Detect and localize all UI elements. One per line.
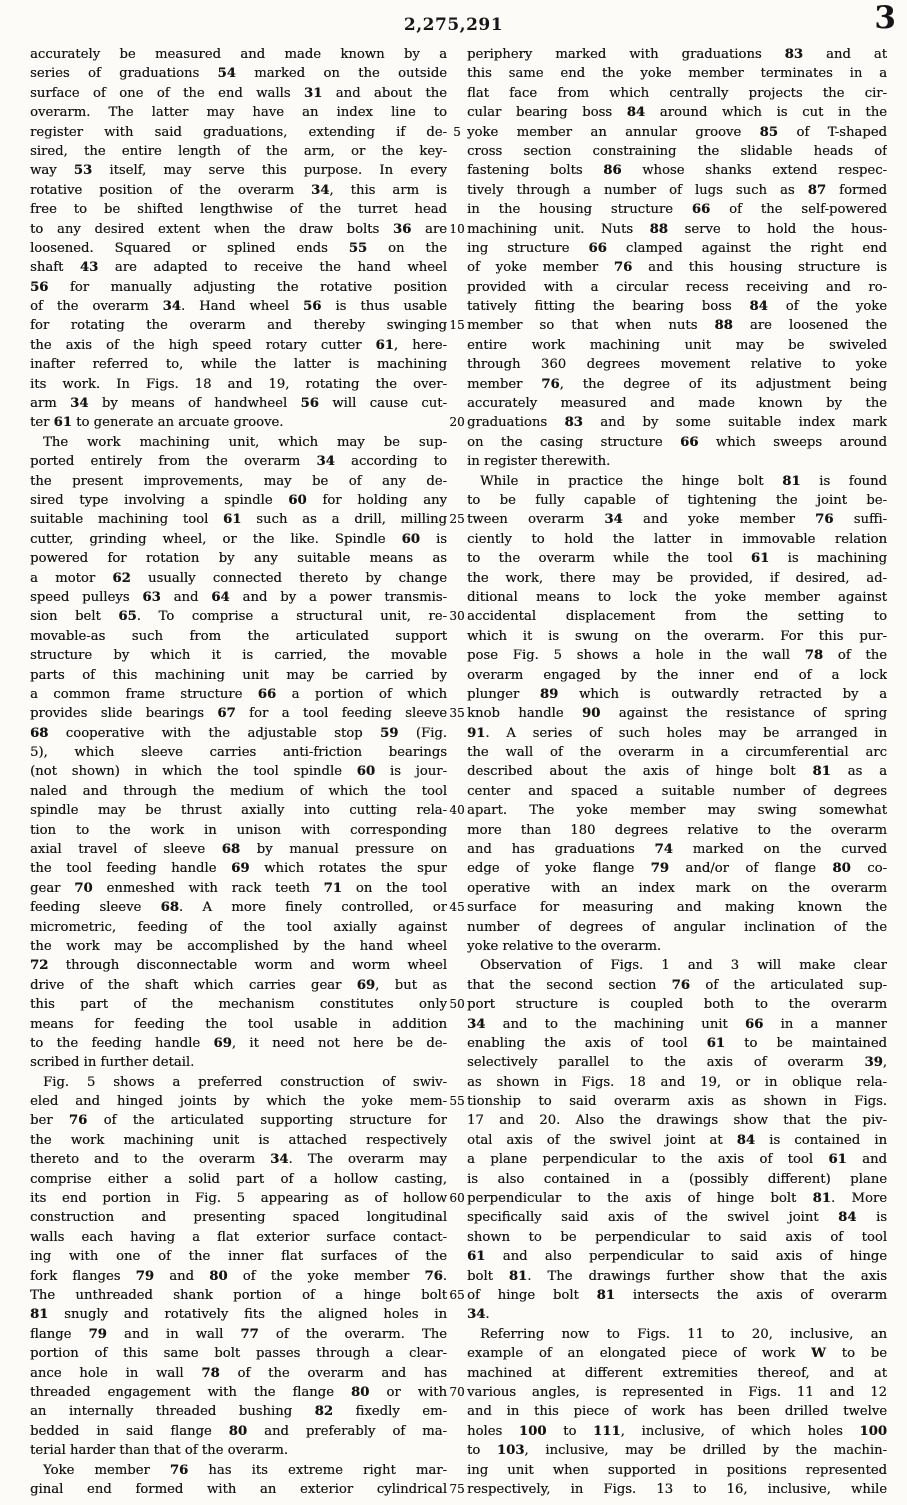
line-number-spacer <box>447 1131 467 1150</box>
text-line: an internally threaded bushing 82 fixedl… <box>30 1402 447 1421</box>
text-line: 34. <box>467 1305 887 1324</box>
text-line: center and spaced a suitable number of d… <box>467 782 887 801</box>
text-line: way 53 itself, may serve this purpose. I… <box>30 161 447 180</box>
text-line: of yoke member 76 and this housing struc… <box>467 258 887 277</box>
line-number-spacer <box>447 336 467 355</box>
line-number-spacer <box>447 918 467 937</box>
line-number-spacer <box>447 433 467 452</box>
text-line: loosened. Squared or splined ends 55 on … <box>30 239 447 258</box>
patent-number: 2,275,291 <box>0 15 907 35</box>
text-line: Fig. 5 shows a preferred construction of… <box>30 1073 447 1092</box>
text-line: ported entirely from the overarm 34 acco… <box>30 452 447 471</box>
line-number-spacer <box>447 1073 467 1092</box>
text-line: suitable machining tool 61 such as a dri… <box>30 510 447 529</box>
line-number-spacer <box>447 45 467 64</box>
line-number-spacer <box>447 1267 467 1286</box>
text-line: the tool feeding handle 69 which rotates… <box>30 859 447 878</box>
right-column: periphery marked with graduations 83 and… <box>467 45 887 1499</box>
text-line: (not shown) in which the tool spindle 60… <box>30 762 447 781</box>
text-line: member so that when nuts 88 are loosened… <box>467 316 887 335</box>
text-line: as shown in Figs. 18 and 19, or in obliq… <box>467 1073 887 1092</box>
text-line: the work may be accomplished by the hand… <box>30 937 447 956</box>
text-line: to the feeding handle 69, it need not he… <box>30 1034 447 1053</box>
text-line: port structure is coupled both to the ov… <box>467 995 887 1014</box>
text-line: thereto and to the overarm 34. The overa… <box>30 1150 447 1169</box>
text-line: flat face from which centrally projects … <box>467 84 887 103</box>
text-line: structure by which it is carried, the mo… <box>30 646 447 665</box>
line-number: 50 <box>447 995 467 1014</box>
text-line: micrometric, feeding of the tool axially… <box>30 918 447 937</box>
page-body: accurately be measured and made known by… <box>30 45 887 1499</box>
line-number: 55 <box>447 1092 467 1111</box>
text-line: powered for rotation by any suitable mea… <box>30 549 447 568</box>
line-number-spacer <box>447 1034 467 1053</box>
text-line: its end portion in Fig. 5 appearing as o… <box>30 1189 447 1208</box>
text-line: Observation of Figs. 1 and 3 will make c… <box>467 956 887 975</box>
line-number-spacer <box>447 685 467 704</box>
text-line: comprise either a solid part of a hollow… <box>30 1170 447 1189</box>
text-line: this part of the mechanism constitutes o… <box>30 995 447 1014</box>
text-line: 17 and 20. Also the drawings show that t… <box>467 1111 887 1130</box>
text-line: more than 180 degrees relative to the ov… <box>467 821 887 840</box>
text-line: inafter referred to, while the latter is… <box>30 355 447 374</box>
line-number: 20 <box>447 413 467 432</box>
text-line: construction and presenting spaced longi… <box>30 1208 447 1227</box>
text-line: its work. In Figs. 18 and 19, rotating t… <box>30 375 447 394</box>
text-line: the present improvements, may be of any … <box>30 472 447 491</box>
text-line: movable-as such from the articulated sup… <box>30 627 447 646</box>
text-line: overarm engaged by the inner end of a lo… <box>467 666 887 685</box>
text-line: to be fully capable of tightening the jo… <box>467 491 887 510</box>
line-number-spacer <box>447 1441 467 1460</box>
line-number-spacer <box>447 879 467 898</box>
text-line: the axis of the high speed rotary cutter… <box>30 336 447 355</box>
text-line: to 103, inclusive, may be drilled by the… <box>467 1441 887 1460</box>
line-number-spacer <box>447 1422 467 1441</box>
line-number-spacer <box>447 491 467 510</box>
text-line: holes 100 to 111, inclusive, of which ho… <box>467 1422 887 1441</box>
text-line: yoke relative to the overarm. <box>467 937 887 956</box>
text-line: tion to the work in unison with correspo… <box>30 821 447 840</box>
text-line: machined at different extremities thereo… <box>467 1364 887 1383</box>
text-line: yoke member an annular groove 85 of T-sh… <box>467 123 887 142</box>
text-line: a plane perpendicular to the axis of too… <box>467 1150 887 1169</box>
text-line: described about the axis of hinge bolt 8… <box>467 762 887 781</box>
text-line: specifically said axis of the swivel joi… <box>467 1208 887 1227</box>
text-line: pose Fig. 5 shows a hole in the wall 78 … <box>467 646 887 665</box>
text-line: sired type involving a spindle 60 for ho… <box>30 491 447 510</box>
line-number-spacer <box>447 297 467 316</box>
text-line: periphery marked with graduations 83 and… <box>467 45 887 64</box>
line-number: 40 <box>447 801 467 820</box>
text-line: threaded engagement with the flange 80 o… <box>30 1383 447 1402</box>
text-line: 68 cooperative with the adjustable stop … <box>30 724 447 743</box>
text-line: for rotating the overarm and thereby swi… <box>30 316 447 335</box>
text-line: feeding sleeve 68. A more finely control… <box>30 898 447 917</box>
line-number-spacer <box>447 976 467 995</box>
line-number-spacer <box>447 142 467 161</box>
text-line: overarm. The latter may have an index li… <box>30 103 447 122</box>
line-number-spacer <box>447 859 467 878</box>
text-line: shaft 43 are adapted to receive the hand… <box>30 258 447 277</box>
text-line: sired, the entire length of the arm, or … <box>30 142 447 161</box>
text-line: 56 for manually adjusting the rotative p… <box>30 278 447 297</box>
text-line: to the overarm while the tool 61 is mach… <box>467 549 887 568</box>
text-line: ditional means to lock the yoke member a… <box>467 588 887 607</box>
text-line: cular bearing boss 84 around which is cu… <box>467 103 887 122</box>
text-line: and has graduations 74 marked on the cur… <box>467 840 887 859</box>
line-number-spacer <box>447 181 467 200</box>
text-line: ing unit when supported in positions rep… <box>467 1461 887 1480</box>
text-line: gear 70 enmeshed with rack teeth 71 on t… <box>30 879 447 898</box>
line-number: 15 <box>447 316 467 335</box>
text-line: bolt 81. The drawings further show that … <box>467 1267 887 1286</box>
text-line: fastening bolts 86 whose shanks extend r… <box>467 161 887 180</box>
text-line: ance hole in wall 78 of the overarm and … <box>30 1364 447 1383</box>
line-number-spacer <box>447 782 467 801</box>
line-number-spacer <box>447 937 467 956</box>
line-number-spacer <box>447 549 467 568</box>
line-number: 75 <box>447 1480 467 1499</box>
text-line: fork flanges 79 and 80 of the yoke membe… <box>30 1267 447 1286</box>
line-number-spacer <box>447 355 467 374</box>
line-number-spacer <box>447 569 467 588</box>
line-number-spacer <box>447 103 467 122</box>
line-number: 70 <box>447 1383 467 1402</box>
text-line: that the second section 76 of the articu… <box>467 976 887 995</box>
line-number-spacer <box>447 452 467 471</box>
text-line: otal axis of the swivel joint at 84 is c… <box>467 1131 887 1150</box>
text-line: speed pulleys 63 and 64 and by a power t… <box>30 588 447 607</box>
line-number: 25 <box>447 510 467 529</box>
line-number-spacer <box>447 762 467 781</box>
line-number-spacer <box>447 588 467 607</box>
text-line: The unthreaded shank portion of a hinge … <box>30 1286 447 1305</box>
text-line: ginal end formed with an exterior cylind… <box>30 1480 447 1499</box>
text-line: accurately be measured and made known by… <box>30 45 447 64</box>
text-line: axial travel of sleeve 68 by manual pres… <box>30 840 447 859</box>
line-number: 45 <box>447 898 467 917</box>
text-line: eled and hinged joints by which the yoke… <box>30 1092 447 1111</box>
text-line: surface for measuring and making known t… <box>467 898 887 917</box>
line-number-spacer <box>447 1015 467 1034</box>
text-line: Yoke member 76 has its extreme right mar… <box>30 1461 447 1480</box>
text-line: ing with one of the inner flat surfaces … <box>30 1247 447 1266</box>
text-line: the wall of the overarm in a circumferen… <box>467 743 887 762</box>
line-number: 5 <box>447 123 467 142</box>
text-line: 34 and to the machining unit 66 in a man… <box>467 1015 887 1034</box>
line-number-spacer <box>447 1305 467 1324</box>
text-line: accurately measured and made known by th… <box>467 394 887 413</box>
text-line: 61 and also perpendicular to said axis o… <box>467 1247 887 1266</box>
line-number-spacer <box>447 1325 467 1344</box>
text-line: in register therewith. <box>467 452 887 471</box>
line-number-spacer <box>447 1461 467 1480</box>
line-number-spacer <box>447 84 467 103</box>
text-line: drive of the shaft which carries gear 69… <box>30 976 447 995</box>
line-number-spacer <box>447 394 467 413</box>
text-line: The work machining unit, which may be su… <box>30 433 447 452</box>
text-line: ber 76 of the articulated supporting str… <box>30 1111 447 1130</box>
line-number-spacer <box>447 743 467 762</box>
text-line: the work machining unit is attached resp… <box>30 1131 447 1150</box>
text-line: While in practice the hinge bolt 81 is f… <box>467 472 887 491</box>
line-number-gutter: 51015202530354045505560657075 <box>447 45 467 1499</box>
line-number-spacer <box>447 375 467 394</box>
text-line: naled and through the medium of which th… <box>30 782 447 801</box>
text-line: plunger 89 which is outwardly retracted … <box>467 685 887 704</box>
text-line: cross section constraining the slidable … <box>467 142 887 161</box>
text-line: this same end the yoke member terminates… <box>467 64 887 83</box>
text-line: sion belt 65. To comprise a structural u… <box>30 607 447 626</box>
line-number-spacer <box>447 956 467 975</box>
text-line: edge of yoke flange 79 and/or of flange … <box>467 859 887 878</box>
text-line: provides slide bearings 67 for a tool fe… <box>30 704 447 723</box>
text-line: 91. A series of such holes may be arrang… <box>467 724 887 743</box>
text-line: flange 79 and in wall 77 of the overarm.… <box>30 1325 447 1344</box>
text-line: graduations 83 and by some suitable inde… <box>467 413 887 432</box>
line-number-spacer <box>447 1111 467 1130</box>
line-number-spacer <box>447 530 467 549</box>
line-number: 65 <box>447 1286 467 1305</box>
line-number-spacer <box>447 1208 467 1227</box>
text-line: machining unit. Nuts 88 serve to hold th… <box>467 220 887 239</box>
text-line: walls each having a flat exterior surfac… <box>30 1228 447 1247</box>
text-line: through 360 degrees movement relative to… <box>467 355 887 374</box>
text-line: arm 34 by means of handwheel 56 will cau… <box>30 394 447 413</box>
text-line: operative with an index mark on the over… <box>467 879 887 898</box>
line-number-spacer <box>447 161 467 180</box>
text-line: parts of this machining unit may be carr… <box>30 666 447 685</box>
text-line: of hinge bolt 81 intersects the axis of … <box>467 1286 887 1305</box>
text-line: 72 through disconnectable worm and worm … <box>30 956 447 975</box>
page-number: 3 <box>874 0 896 36</box>
line-number-spacer <box>447 1053 467 1072</box>
text-line: shown to be perpendicular to said axis o… <box>467 1228 887 1247</box>
text-line: the work, there may be provided, if desi… <box>467 569 887 588</box>
line-number-spacer <box>447 840 467 859</box>
text-line: 81 snugly and rotatively fits the aligne… <box>30 1305 447 1324</box>
line-number: 10 <box>447 220 467 239</box>
text-line: tatively fitting the bearing boss 84 of … <box>467 297 887 316</box>
line-number-spacer <box>447 64 467 83</box>
text-line: register with said graduations, extendin… <box>30 123 447 142</box>
line-number-spacer <box>447 258 467 277</box>
text-line: terial harder than that of the overarm. <box>30 1441 447 1460</box>
line-number-spacer <box>447 278 467 297</box>
line-number: 30 <box>447 607 467 626</box>
text-line: to any desired extent when the draw bolt… <box>30 220 447 239</box>
line-number-spacer <box>447 1247 467 1266</box>
text-line: on the casing structure 66 which sweeps … <box>467 433 887 452</box>
line-number-spacer <box>447 1344 467 1363</box>
text-line: example of an elongated piece of work W … <box>467 1344 887 1363</box>
text-line: tively through a number of lugs such as … <box>467 181 887 200</box>
text-line: rotative position of the overarm 34, thi… <box>30 181 447 200</box>
text-line: bedded in said flange 80 and preferably … <box>30 1422 447 1441</box>
line-number: 60 <box>447 1189 467 1208</box>
line-number-spacer <box>447 1364 467 1383</box>
left-column: accurately be measured and made known by… <box>30 45 447 1499</box>
text-line: cutter, grinding wheel, or the like. Spi… <box>30 530 447 549</box>
text-line: scribed in further detail. <box>30 1053 447 1072</box>
line-number-spacer <box>447 239 467 258</box>
line-number: 35 <box>447 704 467 723</box>
text-line: series of graduations 54 marked on the o… <box>30 64 447 83</box>
text-line: selectively parallel to the axis of over… <box>467 1053 887 1072</box>
line-number-spacer <box>447 200 467 219</box>
text-line: spindle may be thrust axially into cutti… <box>30 801 447 820</box>
text-line: tionship to said overarm axis as shown i… <box>467 1092 887 1111</box>
line-number-spacer <box>447 724 467 743</box>
text-line: and in this piece of work has been drill… <box>467 1402 887 1421</box>
text-line: accidental displacement from the setting… <box>467 607 887 626</box>
line-number-spacer <box>447 646 467 665</box>
text-line: enabling the axis of tool 61 to be maint… <box>467 1034 887 1053</box>
text-line: which it is swung on the overarm. For th… <box>467 627 887 646</box>
text-line: perpendicular to the axis of hinge bolt … <box>467 1189 887 1208</box>
line-number-spacer <box>447 1150 467 1169</box>
text-line: ciently to hold the latter in immovable … <box>467 530 887 549</box>
line-number-spacer <box>447 1402 467 1421</box>
text-line: a motor 62 usually connected thereto by … <box>30 569 447 588</box>
text-line: provided with a circular recess receivin… <box>467 278 887 297</box>
text-line: a common frame structure 66 a portion of… <box>30 685 447 704</box>
text-line: knob handle 90 against the resistance of… <box>467 704 887 723</box>
text-line: portion of this same bolt passes through… <box>30 1344 447 1363</box>
line-number-spacer <box>447 821 467 840</box>
line-number-spacer <box>447 1228 467 1247</box>
text-line: free to be shifted lengthwise of the tur… <box>30 200 447 219</box>
text-line: is also contained in a (possibly differe… <box>467 1170 887 1189</box>
text-line: Referring now to Figs. 11 to 20, inclusi… <box>467 1325 887 1344</box>
text-line: of the overarm 34. Hand wheel 56 is thus… <box>30 297 447 316</box>
text-line: ter 61 to generate an arcuate groove. <box>30 413 447 432</box>
line-number-spacer <box>447 472 467 491</box>
text-line: various angles, is represented in Figs. … <box>467 1383 887 1402</box>
patent-page: 2,275,291 3 accurately be measured and m… <box>0 0 907 1505</box>
text-line: means for feeding the tool usable in add… <box>30 1015 447 1034</box>
text-line: respectively, in Figs. 13 to 16, inclusi… <box>467 1480 887 1499</box>
text-line: tween overarm 34 and yoke member 76 suff… <box>467 510 887 529</box>
text-line: entire work machining unit may be swivel… <box>467 336 887 355</box>
text-line: 5), which sleeve carries anti-friction b… <box>30 743 447 762</box>
text-line: in the housing structure 66 of the self-… <box>467 200 887 219</box>
text-line: surface of one of the end walls 31 and a… <box>30 84 447 103</box>
text-line: member 76, the degree of its adjustment … <box>467 375 887 394</box>
line-number-spacer <box>447 627 467 646</box>
line-number-spacer <box>447 1170 467 1189</box>
text-line: ing structure 66 clamped against the rig… <box>467 239 887 258</box>
text-line: apart. The yoke member may swing somewha… <box>467 801 887 820</box>
text-line: number of degrees of angular inclination… <box>467 918 887 937</box>
line-number-spacer <box>447 666 467 685</box>
